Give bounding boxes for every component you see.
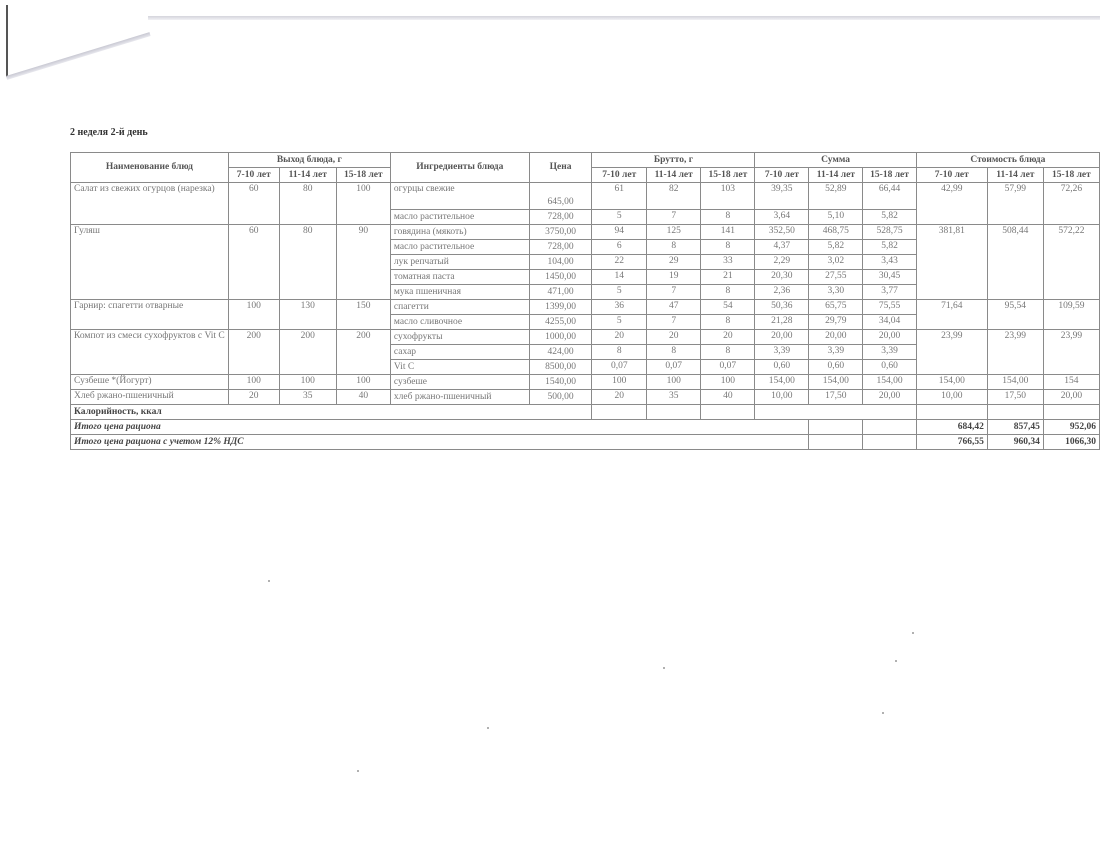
scan-speck — [912, 632, 914, 634]
header-age-group: 15-18 лет — [336, 168, 390, 183]
total-vat-row-value: 766,55 — [916, 435, 987, 450]
ingredient-sum: 20,00 — [863, 390, 916, 405]
total-vat-row-value: 1066,30 — [1043, 435, 1099, 450]
ingredient-price: 728,00 — [529, 210, 592, 225]
ingredient-sum: 30,45 — [863, 270, 916, 285]
dish-yield: 100 — [336, 375, 390, 390]
dish-yield: 35 — [279, 390, 336, 405]
ingredient-sum: 3,43 — [863, 255, 916, 270]
ingredient-name: говядина (мякоть) — [390, 225, 529, 240]
total-vat-row-value: 960,34 — [987, 435, 1043, 450]
dish-name: Хлеб ржано-пшеничный — [71, 390, 229, 405]
ingredient-gross: 6 — [592, 240, 647, 255]
ingredient-gross: 8 — [647, 240, 701, 255]
scan-speck — [357, 770, 359, 772]
calories-value — [592, 405, 647, 420]
ingredient-gross: 20 — [647, 330, 701, 345]
ingredient-sum: 20,30 — [755, 270, 809, 285]
dish-yield: 200 — [228, 330, 279, 375]
ingredient-price: 424,00 — [529, 345, 592, 360]
empty-cell — [809, 435, 863, 450]
menu-table: Наименование блюдВыход блюда, гИнгредиен… — [70, 152, 1100, 450]
ingredient-gross: 141 — [701, 225, 755, 240]
ingredient-gross: 5 — [592, 210, 647, 225]
ingredient-name: сахар — [390, 345, 529, 360]
dish-yield: 80 — [279, 225, 336, 300]
total-vat-row-label: Итого цена рациона с учетом 12% НДС — [71, 435, 809, 450]
ingredient-sum: 75,55 — [863, 300, 916, 315]
dish-cost: 154 — [1043, 375, 1099, 390]
dish-yield: 100 — [336, 183, 390, 225]
ingredient-gross: 82 — [647, 183, 701, 210]
ingredient-name: огурцы свежие — [390, 183, 529, 210]
ingredient-sum: 5,82 — [863, 240, 916, 255]
ingredient-price: 1000,00 — [529, 330, 592, 345]
total-vat-row: Итого цена рациона с учетом 12% НДС766,5… — [71, 435, 1100, 450]
ingredient-sum: 154,00 — [863, 375, 916, 390]
calories-row: Калорийность, ккал — [71, 405, 1100, 420]
ingredient-gross: 8 — [701, 210, 755, 225]
ingredient-gross: 21 — [701, 270, 755, 285]
header-gross: Брутто, г — [592, 153, 755, 168]
ingredient-gross: 20 — [592, 330, 647, 345]
header-age-group: 7-10 лет — [916, 168, 987, 183]
ingredient-sum: 0,60 — [809, 360, 863, 375]
ingredient-sum: 3,39 — [863, 345, 916, 360]
ingredient-sum: 34,04 — [863, 315, 916, 330]
ingredient-sum: 4,37 — [755, 240, 809, 255]
page-caption: 2 неделя 2-й день — [70, 127, 148, 138]
dish-cost: 20,00 — [1043, 390, 1099, 405]
dish-yield: 60 — [228, 183, 279, 225]
ingredient-sum: 3,64 — [755, 210, 809, 225]
dish-yield: 100 — [228, 375, 279, 390]
ingredient-price: 500,00 — [529, 390, 592, 405]
header-age-group: 7-10 лет — [228, 168, 279, 183]
ingredient-sum: 21,28 — [755, 315, 809, 330]
ingredient-gross: 19 — [647, 270, 701, 285]
ingredient-price: 104,00 — [529, 255, 592, 270]
header-age-group: 11-14 лет — [809, 168, 863, 183]
table-row: Гуляш608090говядина (мякоть)3750,0094125… — [71, 225, 1100, 240]
ingredient-sum: 0,60 — [755, 360, 809, 375]
header-row: Наименование блюдВыход блюда, гИнгредиен… — [71, 153, 1100, 168]
ingredient-gross: 20 — [701, 330, 755, 345]
dish-cost: 109,59 — [1043, 300, 1099, 330]
dish-cost: 72,26 — [1043, 183, 1099, 225]
empty-cell — [863, 435, 916, 450]
ingredient-gross: 22 — [592, 255, 647, 270]
ingredient-gross: 5 — [592, 285, 647, 300]
dish-cost: 154,00 — [987, 375, 1043, 390]
ingredient-gross: 8 — [647, 345, 701, 360]
ingredient-name: мука пшеничная — [390, 285, 529, 300]
header-yield: Выход блюда, г — [228, 153, 390, 168]
calories-label: Калорийность, ккал — [71, 405, 592, 420]
dish-name: Компот из смеси сухофруктов с Vit C — [71, 330, 229, 375]
ingredient-sum: 5,82 — [809, 240, 863, 255]
header-age-group: 7-10 лет — [755, 168, 809, 183]
calories-value — [987, 405, 1043, 420]
ingredient-sum: 20,00 — [863, 330, 916, 345]
table-row: Компот из смеси сухофруктов с Vit C20020… — [71, 330, 1100, 345]
ingredient-gross: 7 — [647, 285, 701, 300]
dish-yield: 130 — [279, 300, 336, 330]
header-age-group: 11-14 лет — [279, 168, 336, 183]
ingredient-price: 3750,00 — [529, 225, 592, 240]
dish-name: Гарнир: спагетти отварные — [71, 300, 229, 330]
calories-value — [916, 405, 987, 420]
ingredient-price: 1399,00 — [529, 300, 592, 315]
ingredient-gross: 61 — [592, 183, 647, 210]
dish-cost: 572,22 — [1043, 225, 1099, 300]
ingredient-sum: 52,89 — [809, 183, 863, 210]
calories-value — [701, 405, 755, 420]
ingredient-sum: 3,30 — [809, 285, 863, 300]
ingredient-price: 645,00 — [529, 183, 592, 210]
table-row: Салат из свежих огурцов (нарезка)6080100… — [71, 183, 1100, 210]
dish-yield: 20 — [228, 390, 279, 405]
dish-name: Салат из свежих огурцов (нарезка) — [71, 183, 229, 225]
dish-cost: 508,44 — [987, 225, 1043, 300]
ingredient-gross: 40 — [701, 390, 755, 405]
header-age-group: 15-18 лет — [1043, 168, 1099, 183]
total-row-value: 684,42 — [916, 420, 987, 435]
ingredient-name: хлеб ржано-пшеничный — [390, 390, 529, 405]
dish-cost: 154,00 — [916, 375, 987, 390]
header-sum: Сумма — [755, 153, 916, 168]
ingredient-sum: 468,75 — [809, 225, 863, 240]
ingredient-name: лук репчатый — [390, 255, 529, 270]
ingredient-gross: 5 — [592, 315, 647, 330]
ingredient-gross: 8 — [701, 285, 755, 300]
ingredient-sum: 0,60 — [863, 360, 916, 375]
ingredient-sum: 65,75 — [809, 300, 863, 315]
total-row-label: Итого цена рациона — [71, 420, 809, 435]
ingredient-gross: 0,07 — [592, 360, 647, 375]
calories-value — [647, 405, 701, 420]
ingredient-name: Vit C — [390, 360, 529, 375]
ingredient-gross: 94 — [592, 225, 647, 240]
ingredient-sum: 20,00 — [755, 330, 809, 345]
ingredient-name: спагетти — [390, 300, 529, 315]
dish-cost: 23,99 — [916, 330, 987, 375]
dish-cost: 57,99 — [987, 183, 1043, 225]
ingredient-sum: 29,79 — [809, 315, 863, 330]
dish-yield: 80 — [279, 183, 336, 225]
scan-edge — [6, 32, 151, 80]
ingredient-gross: 125 — [647, 225, 701, 240]
ingredient-sum: 66,44 — [863, 183, 916, 210]
ingredient-gross: 8 — [701, 315, 755, 330]
ingredient-sum: 2,29 — [755, 255, 809, 270]
ingredient-sum: 3,77 — [863, 285, 916, 300]
ingredient-gross: 35 — [647, 390, 701, 405]
ingredient-gross: 100 — [701, 375, 755, 390]
ingredient-gross: 0,07 — [701, 360, 755, 375]
ingredient-sum: 20,00 — [809, 330, 863, 345]
header-age-group: 15-18 лет — [863, 168, 916, 183]
ingredient-sum: 27,55 — [809, 270, 863, 285]
ingredient-sum: 3,02 — [809, 255, 863, 270]
empty-cell — [809, 420, 863, 435]
ingredient-sum: 352,50 — [755, 225, 809, 240]
ingredient-sum: 528,75 — [863, 225, 916, 240]
empty-cell — [863, 420, 916, 435]
ingredient-sum: 154,00 — [755, 375, 809, 390]
ingredient-price: 4255,00 — [529, 315, 592, 330]
total-row-value: 952,06 — [1043, 420, 1099, 435]
ingredient-price: 728,00 — [529, 240, 592, 255]
ingredient-price: 1540,00 — [529, 375, 592, 390]
header-ingredients: Ингредиенты блюда — [390, 153, 529, 183]
ingredient-name: масло растительное — [390, 210, 529, 225]
ingredient-sum: 3,39 — [809, 345, 863, 360]
dish-yield: 200 — [279, 330, 336, 375]
dish-cost: 23,99 — [1043, 330, 1099, 375]
ingredient-gross: 8 — [701, 240, 755, 255]
dish-name: Сузбеше *(Йогурт) — [71, 375, 229, 390]
ingredient-sum: 5,10 — [809, 210, 863, 225]
ingredient-gross: 103 — [701, 183, 755, 210]
dish-cost: 10,00 — [916, 390, 987, 405]
dish-yield: 200 — [336, 330, 390, 375]
scan-edge — [6, 5, 8, 77]
scan-speck — [268, 580, 270, 582]
ingredient-gross: 29 — [647, 255, 701, 270]
dish-cost: 71,64 — [916, 300, 987, 330]
table-row: Гарнир: спагетти отварные100130150спагет… — [71, 300, 1100, 315]
ingredient-gross: 36 — [592, 300, 647, 315]
dish-yield: 60 — [228, 225, 279, 300]
dish-yield: 40 — [336, 390, 390, 405]
ingredient-sum: 50,36 — [755, 300, 809, 315]
ingredient-gross: 14 — [592, 270, 647, 285]
dish-cost: 17,50 — [987, 390, 1043, 405]
header-age-group: 11-14 лет — [647, 168, 701, 183]
calories-empty — [755, 405, 916, 420]
ingredient-name: масло сливочное — [390, 315, 529, 330]
header-age-group: 11-14 лет — [987, 168, 1043, 183]
ingredient-gross: 100 — [647, 375, 701, 390]
ingredient-price: 471,00 — [529, 285, 592, 300]
ingredient-sum: 154,00 — [809, 375, 863, 390]
dish-yield: 90 — [336, 225, 390, 300]
ingredient-sum: 10,00 — [755, 390, 809, 405]
ingredient-price: 8500,00 — [529, 360, 592, 375]
ingredient-gross: 7 — [647, 315, 701, 330]
ingredient-sum: 39,35 — [755, 183, 809, 210]
dish-yield: 150 — [336, 300, 390, 330]
ingredient-gross: 0,07 — [647, 360, 701, 375]
ingredient-name: сузбеше — [390, 375, 529, 390]
scan-speck — [882, 712, 884, 714]
dish-cost: 42,99 — [916, 183, 987, 225]
dish-cost: 381,81 — [916, 225, 987, 300]
ingredient-gross: 20 — [592, 390, 647, 405]
ingredient-sum: 3,39 — [755, 345, 809, 360]
dish-name: Гуляш — [71, 225, 229, 300]
ingredient-gross: 33 — [701, 255, 755, 270]
table-row: Хлеб ржано-пшеничный203540хлеб ржано-пше… — [71, 390, 1100, 405]
total-row-value: 857,45 — [987, 420, 1043, 435]
table-row: Сузбеше *(Йогурт)100100100сузбеше1540,00… — [71, 375, 1100, 390]
ingredient-gross: 100 — [592, 375, 647, 390]
dish-cost: 23,99 — [987, 330, 1043, 375]
ingredient-price: 1450,00 — [529, 270, 592, 285]
scan-speck — [487, 727, 489, 729]
header-age-group: 7-10 лет — [592, 168, 647, 183]
header-price: Цена — [529, 153, 592, 183]
header-age-group: 15-18 лет — [701, 168, 755, 183]
ingredient-gross: 54 — [701, 300, 755, 315]
calories-value — [1043, 405, 1099, 420]
ingredient-name: масло растительное — [390, 240, 529, 255]
dish-cost: 95,54 — [987, 300, 1043, 330]
header-dish-cost: Стоимость блюда — [916, 153, 1099, 168]
ingredient-name: сухофрукты — [390, 330, 529, 345]
ingredient-gross: 8 — [701, 345, 755, 360]
total-row: Итого цена рациона684,42857,45952,06 — [71, 420, 1100, 435]
scan-speck — [663, 667, 665, 669]
scan-speck — [895, 660, 897, 662]
ingredient-gross: 47 — [647, 300, 701, 315]
dish-yield: 100 — [228, 300, 279, 330]
ingredient-gross: 7 — [647, 210, 701, 225]
ingredient-sum: 5,82 — [863, 210, 916, 225]
ingredient-sum: 2,36 — [755, 285, 809, 300]
ingredient-sum: 17,50 — [809, 390, 863, 405]
ingredient-gross: 8 — [592, 345, 647, 360]
ingredient-name: томатная паста — [390, 270, 529, 285]
header-dish-name: Наименование блюд — [71, 153, 229, 183]
dish-yield: 100 — [279, 375, 336, 390]
scan-edge — [148, 16, 1100, 20]
